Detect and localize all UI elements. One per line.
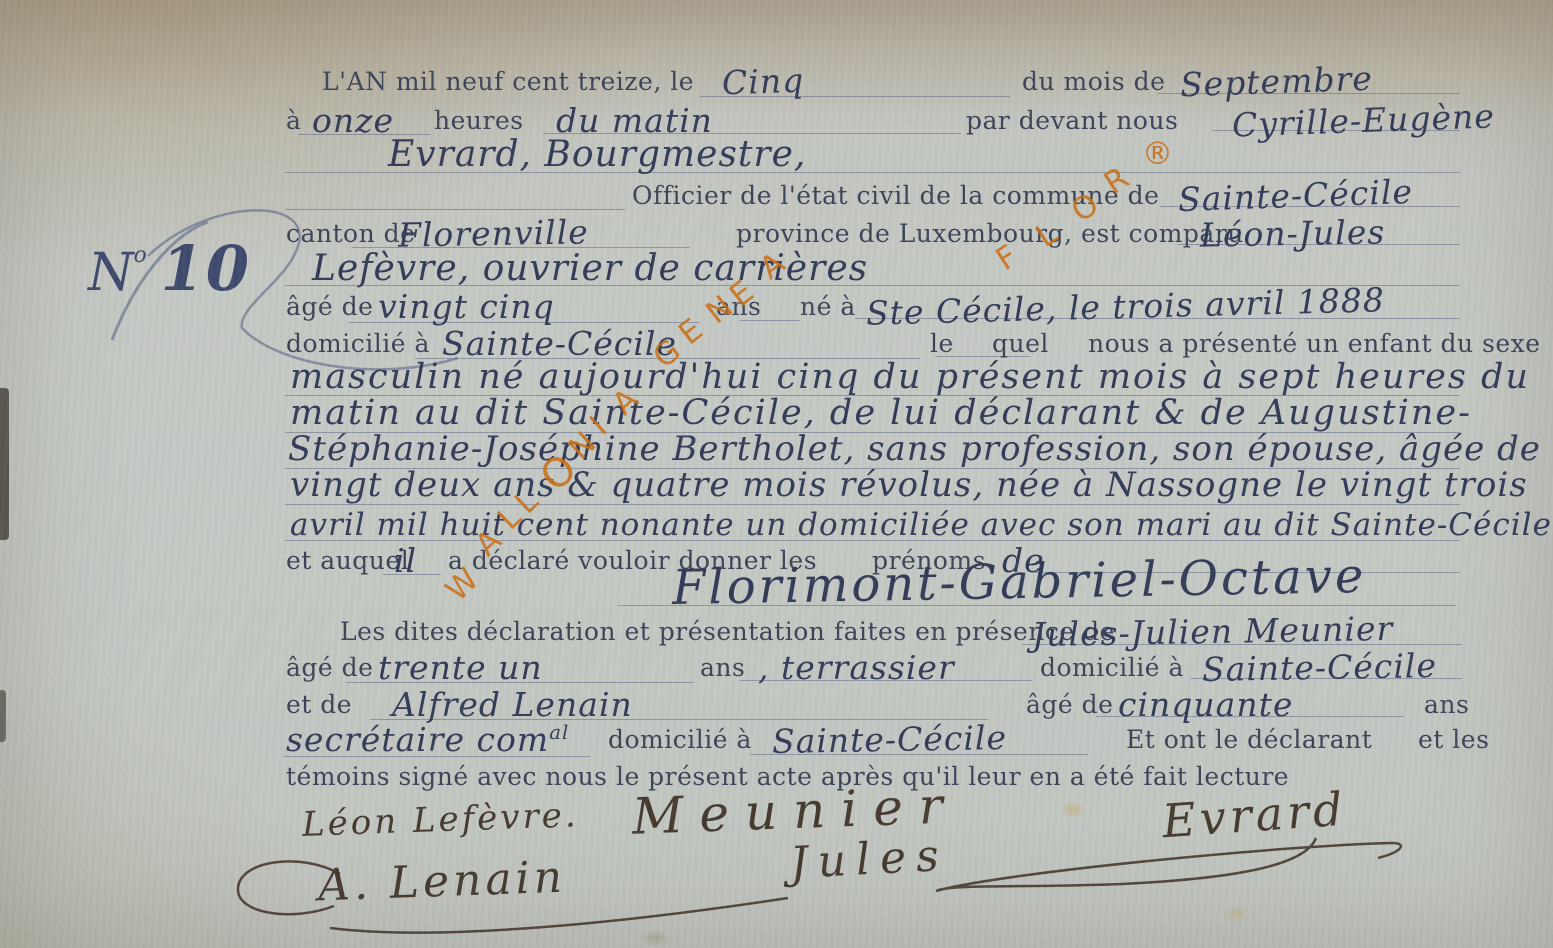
printed-aged-w2: âgé de [1026, 690, 1113, 719]
entry-officer-name: Evrard, Bourgmestre, [388, 134, 806, 175]
act-line-12: vingt deux ans & quatre mois révolus, né… [0, 462, 1553, 502]
printed-years-w2: ans [1424, 690, 1469, 719]
act-line-13: avril mil huit cent nonante un domicilié… [0, 500, 1553, 540]
signature-declarant: Léon Lefèvre. [301, 795, 579, 845]
entry-child-name: Florimont-Gabriel-Octave [672, 548, 1367, 616]
scan-edge-artifact [0, 690, 6, 742]
printed-year-phrase: L'AN mil neuf cent treize, le [322, 67, 694, 96]
printed-and-have: Et ont le déclarant [1126, 725, 1372, 754]
paper-stain [640, 930, 670, 946]
act-line-19: secrétaire comal domicilié à Sainte-Céci… [0, 716, 1553, 756]
printed-month-phrase: du mois de [1022, 67, 1165, 96]
act-line-16: Les dites déclaration et présentation fa… [0, 608, 1553, 648]
paper-stain [1225, 905, 1249, 923]
printed-domiciled-w2: domicilié à [608, 725, 752, 754]
printed-years-w1: ans [700, 653, 745, 682]
printed-born-at: né à [800, 292, 856, 321]
signature-witness2: A. Lenain [317, 852, 567, 912]
printed-and-of: et de [286, 690, 352, 719]
act-line-17: âgé de trente un ans , terrassier domici… [0, 644, 1553, 684]
act-number-sup: o [134, 243, 147, 268]
printed-hours: heures [434, 106, 524, 135]
act-line-4: Officier de l'état civil de la commune d… [0, 172, 1553, 212]
act-line-10: matin au dit Sainte-Cécile, de lui décla… [0, 390, 1553, 430]
printed-domiciled-w1: domicilié à [1040, 653, 1184, 682]
act-line-2: à onze heures du matin par devant nous C… [0, 97, 1553, 137]
printed-aged-w1: âgé de [286, 653, 373, 682]
act-number-n: N [88, 243, 134, 303]
act-line-3: Evrard, Bourgmestre, [0, 132, 1553, 172]
printed-and-the: et les [1418, 725, 1489, 754]
signature-officer: Evrard [1160, 782, 1348, 849]
printed-province: province de Luxembourg, est comparu [736, 219, 1244, 248]
printed-canton: canton de [286, 219, 415, 248]
act-line-18: et de Alfred Lenain âgé de cinquante ans [0, 681, 1553, 721]
paper-stain [1060, 800, 1086, 820]
scan-edge-artifact [0, 388, 9, 540]
act-line-9: masculin né aujourd'hui cinq du présent … [0, 354, 1553, 394]
act-number-value: 10 [161, 232, 251, 305]
printed-in-presence-of: Les dites déclaration et présentation fa… [340, 617, 1115, 646]
printed-years: ans [716, 292, 761, 321]
act-number: No10 [88, 232, 251, 305]
printed-at: à [286, 106, 301, 135]
signature-witness1-firstname: Jules [789, 830, 950, 889]
profession-superscript: al [549, 721, 569, 744]
printed-before-us: par devant nous [966, 106, 1178, 135]
act-line-1: L'AN mil neuf cent treize, le Cinq du mo… [0, 58, 1553, 98]
act-line-15: Florimont-Gabriel-Octave [0, 545, 1553, 607]
act-line-11: Stéphanie-Joséphine Bertholet, sans prof… [0, 426, 1553, 466]
entry-mother-2: vingt deux ans & quatre mois révolus, né… [290, 465, 1528, 505]
printed-aged: âgé de [286, 292, 373, 321]
birth-act-document: No10 L'AN mil neuf cent treize, le Cinq … [0, 0, 1553, 948]
printed-civil-officer: Officier de l'état civil de la commune d… [632, 181, 1159, 210]
